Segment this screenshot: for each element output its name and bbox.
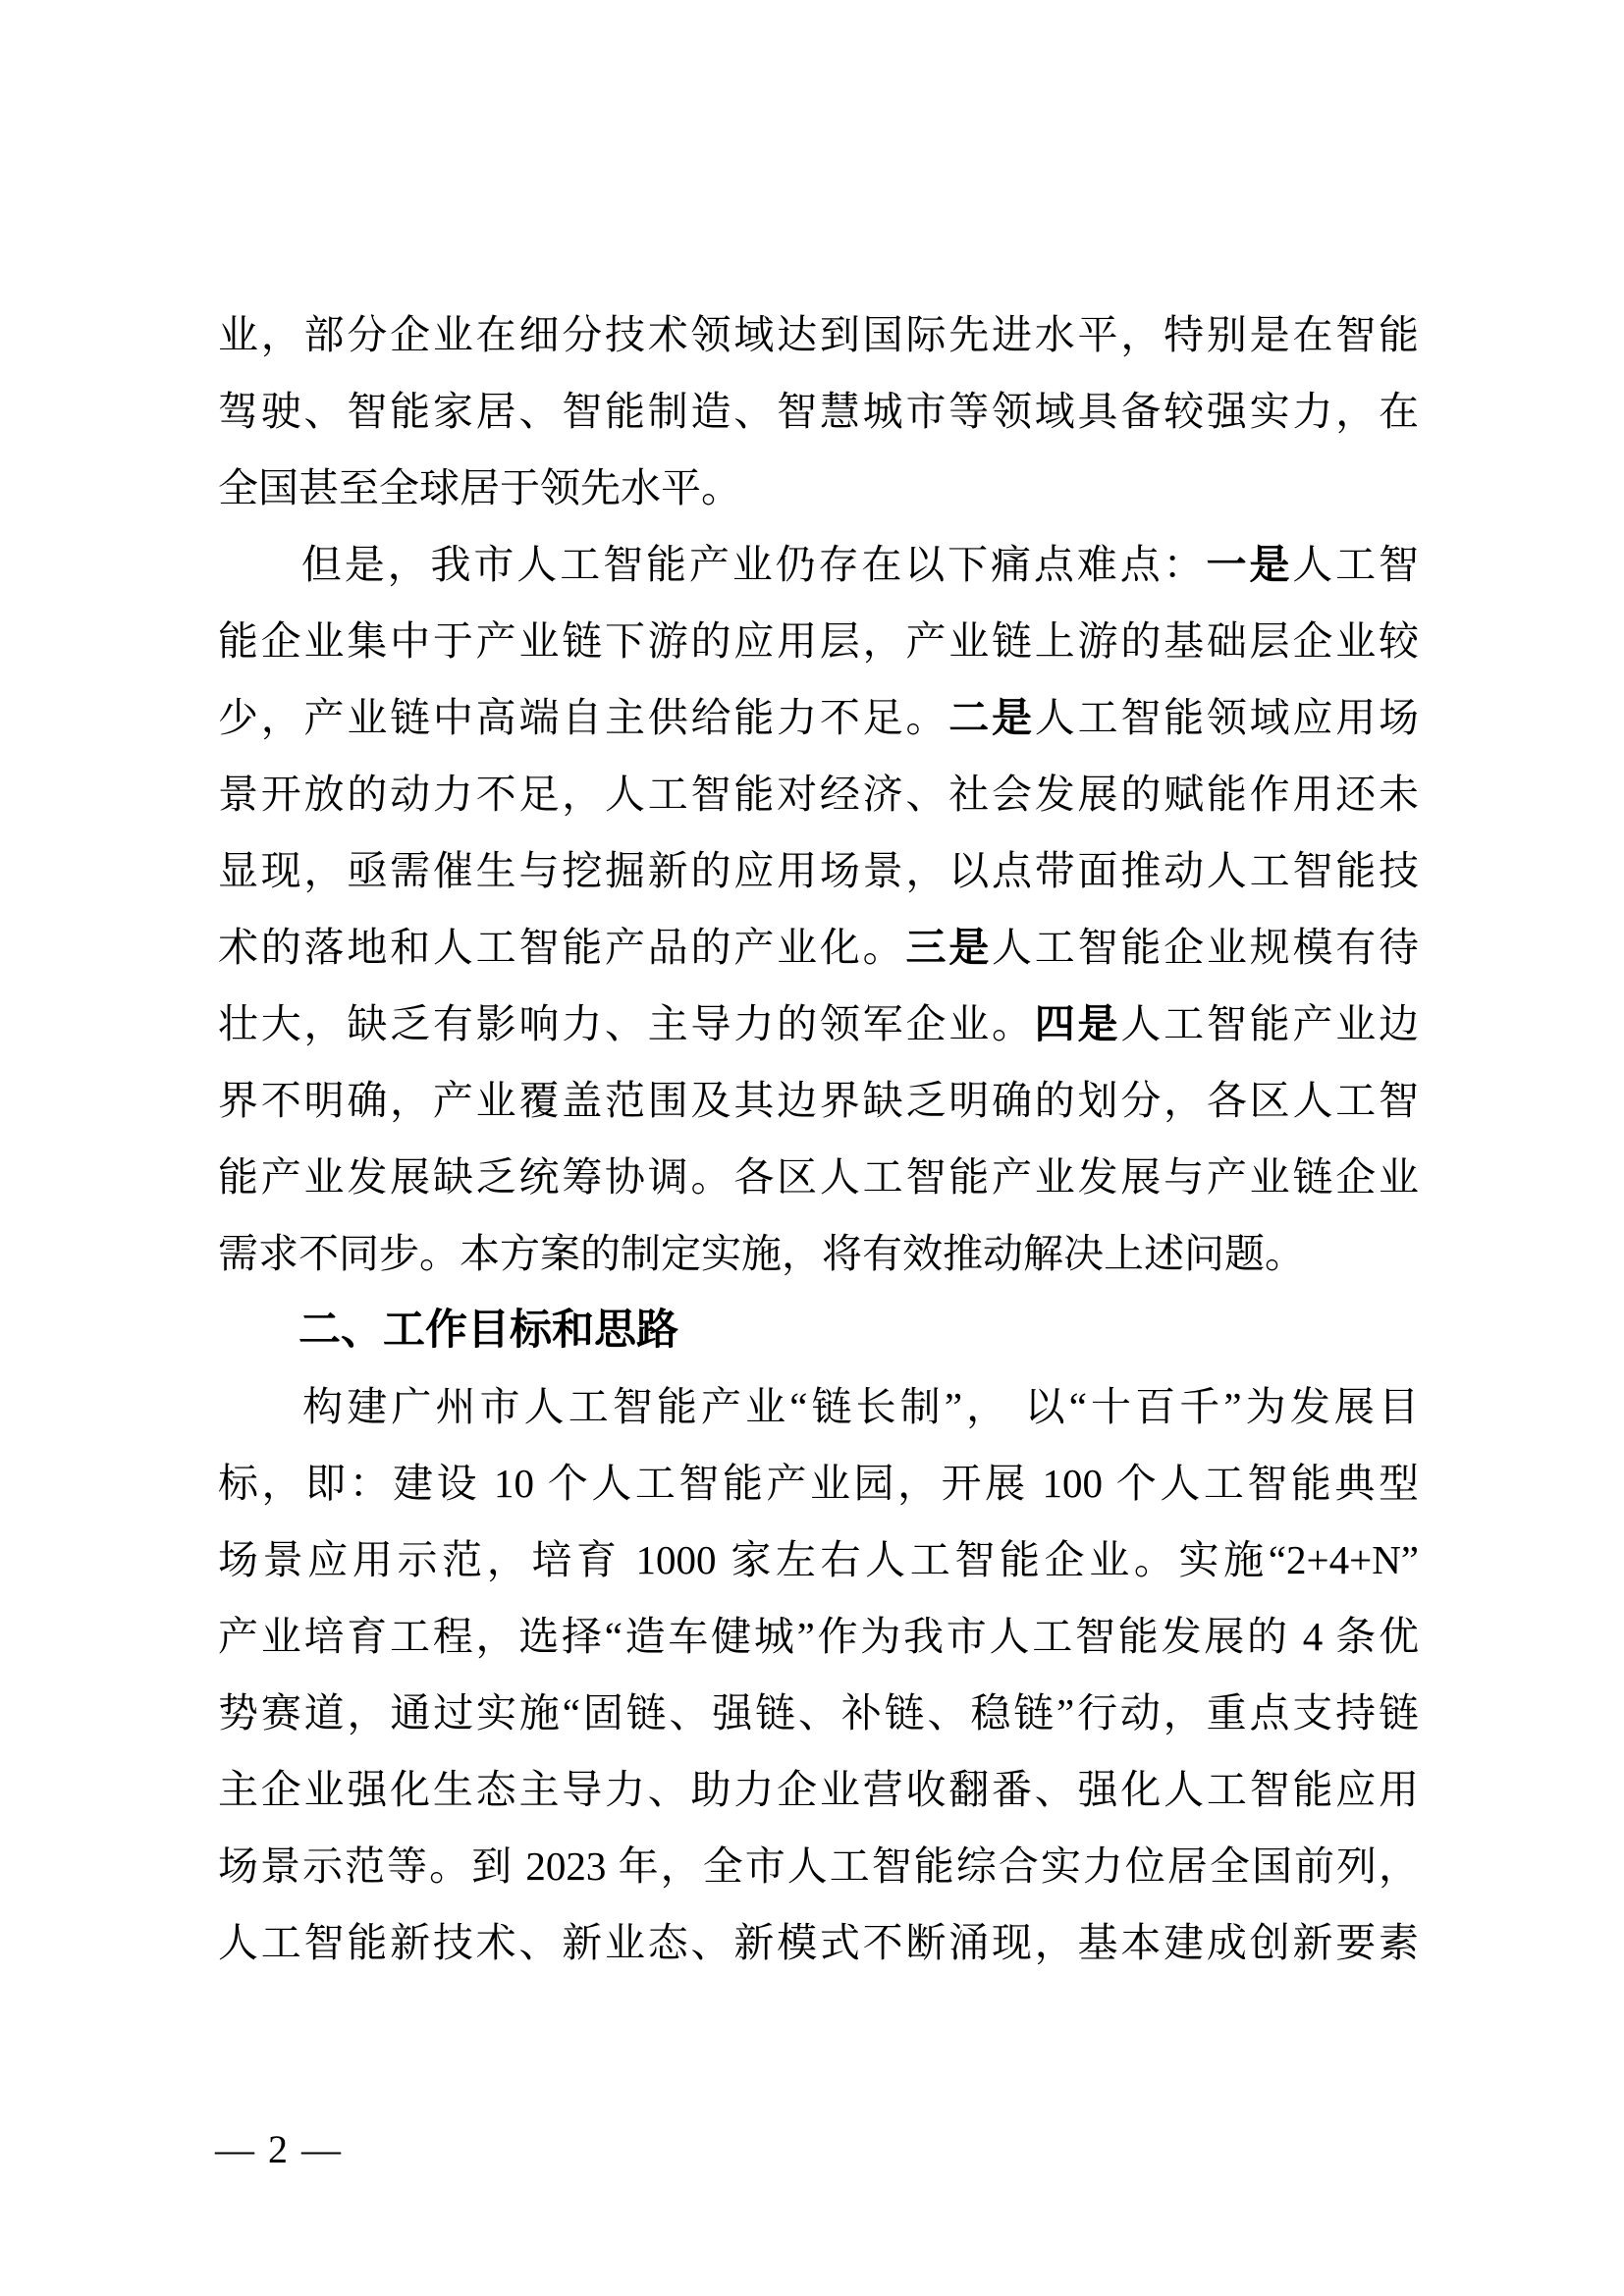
document-line: 构建广州市人工智能产业“链长制”， 以“十百千”为发展目 <box>218 1368 1419 1445</box>
emphasis-text: 二是 <box>948 695 1035 740</box>
document-line: 景开放的动力不足，人工智能对经济、社会发展的赋能作用还未 <box>218 756 1419 832</box>
body-text: 产业培育工程，选择“造车健城”作为我市人工智能发展的 4 条优 <box>218 1614 1419 1659</box>
document-line: 壮大，缺乏有影响力、主导力的领军企业。四是人工智能产业边 <box>218 986 1419 1062</box>
body-text: 景开放的动力不足，人工智能对经济、社会发展的赋能作用还未 <box>218 772 1419 817</box>
document-line: 全国甚至全球居于领先水平。 <box>218 450 1419 526</box>
document-line: 能企业集中于产业链下游的应用层，产业链上游的基础层企业较 <box>218 603 1419 679</box>
body-text: 二、工作目标和思路 <box>298 1307 678 1354</box>
body-text: 全国甚至全球居于领先水平。 <box>218 465 741 510</box>
body-text: 场景示范等。到 2023 年，全市人工智能综合实力位居全国前列， <box>218 1843 1419 1889</box>
document-line: 少，产业链中高端自主供给能力不足。二是人工智能领域应用场 <box>218 679 1419 756</box>
document-line: 主企业强化生态主导力、助力企业营收翻番、强化人工智能应用 <box>218 1751 1419 1828</box>
emphasis-text: 三是 <box>905 925 992 970</box>
section-heading-2: 二、工作目标和思路 <box>218 1292 1419 1368</box>
document-line: 能产业发展缺乏统筹协调。各区人工智能产业发展与产业链企业 <box>218 1139 1419 1215</box>
document-line: 势赛道，通过实施“固链、强链、补链、稳链”行动，重点支持链 <box>218 1675 1419 1751</box>
paragraph-indent <box>218 1419 298 1420</box>
body-text: 人工智能产业边 <box>1120 1001 1419 1046</box>
body-text: 业，部分企业在细分技术领域达到国际先进水平，特别是在智能 <box>218 312 1419 357</box>
body-text: 但是，我市人工智能产业仍存在以下痛点难点： <box>298 542 1206 587</box>
body-text: 场景应用示范，培育 1000 家左右人工智能企业。实施“2+4+N” <box>218 1537 1419 1582</box>
body-text: 壮大，缺乏有影响力、主导力的领军企业。 <box>218 1001 1035 1046</box>
body-text: 界不明确，产业覆盖范围及其边界缺乏明确的划分，各区人工智 <box>218 1078 1419 1123</box>
document-line: 场景示范等。到 2023 年，全市人工智能综合实力位居全国前列， <box>218 1828 1419 1904</box>
document-line: 需求不同步。本方案的制定实施，将有效推动解决上述问题。 <box>218 1215 1419 1292</box>
body-text: 人工智能新技术、新业态、新模式不断涌现，基本建成创新要素 <box>218 1920 1419 1965</box>
body-text: 能产业发展缺乏统筹协调。各区人工智能产业发展与产业链企业 <box>218 1154 1419 1200</box>
body-text: 术的落地和人工智能产品的产业化。 <box>218 925 905 970</box>
document-line: 但是，我市人工智能产业仍存在以下痛点难点：一是人工智 <box>218 526 1419 603</box>
document-line: 场景应用示范，培育 1000 家左右人工智能企业。实施“2+4+N” <box>218 1522 1419 1598</box>
body-text: 能企业集中于产业链下游的应用层，产业链上游的基础层企业较 <box>218 618 1419 664</box>
body-text: 势赛道，通过实施“固链、强链、补链、稳链”行动，重点支持链 <box>218 1690 1419 1735</box>
document-body: 业，部分企业在细分技术领域达到国际先进水平，特别是在智能驾驶、智能家居、智能制造… <box>218 296 1419 1981</box>
document-line: 术的落地和人工智能产品的产业化。三是人工智能企业规模有待 <box>218 909 1419 986</box>
document-line: 显现，亟需催生与挖掘新的应用场景，以点带面推动人工智能技 <box>218 832 1419 909</box>
paragraph-goals-and-approach: 构建广州市人工智能产业“链长制”， 以“十百千”为发展目标，即：建设 10 个人… <box>218 1368 1419 1981</box>
body-text: 少，产业链中高端自主供给能力不足。 <box>218 695 948 740</box>
page-number: — 2 — <box>215 2126 343 2173</box>
body-text: 驾驶、智能家居、智能制造、智慧城市等领域具备较强实力，在 <box>218 389 1419 434</box>
section-heading-line: 二、工作目标和思路 <box>218 1292 1419 1368</box>
body-text: 标，即：建设 10 个人工智能产业园，开展 100 个人工智能典型 <box>218 1461 1419 1506</box>
document-line: 产业培育工程，选择“造车健城”作为我市人工智能发展的 4 条优 <box>218 1598 1419 1675</box>
body-text: 显现，亟需催生与挖掘新的应用场景，以点带面推动人工智能技 <box>218 848 1419 893</box>
emphasis-text: 四是 <box>1035 1001 1121 1046</box>
document-line: 界不明确，产业覆盖范围及其边界缺乏明确的划分，各区人工智 <box>218 1062 1419 1139</box>
paragraph-indent <box>218 577 298 578</box>
document-line: 人工智能新技术、新业态、新模式不断涌现，基本建成创新要素 <box>218 1904 1419 1981</box>
body-text: 构建广州市人工智能产业“链长制”， 以“十百千”为发展目 <box>298 1384 1419 1429</box>
paragraph-pain-points: 但是，我市人工智能产业仍存在以下痛点难点：一是人工智能企业集中于产业链下游的应用… <box>218 526 1419 1292</box>
body-text: 人工智 <box>1292 542 1419 587</box>
paragraph-continuation-industry-strength: 业，部分企业在细分技术领域达到国际先进水平，特别是在智能驾驶、智能家居、智能制造… <box>218 296 1419 526</box>
body-text: 人工智能企业规模有待 <box>992 925 1419 970</box>
document-page: 业，部分企业在细分技术领域达到国际先进水平，特别是在智能驾驶、智能家居、智能制造… <box>0 0 1624 2296</box>
body-text: 需求不同步。本方案的制定实施，将有效推动解决上述问题。 <box>218 1231 1305 1276</box>
document-line: 业，部分企业在细分技术领域达到国际先进水平，特别是在智能 <box>218 296 1419 373</box>
emphasis-text: 一是 <box>1206 542 1292 587</box>
document-line: 标，即：建设 10 个人工智能产业园，开展 100 个人工智能典型 <box>218 1445 1419 1522</box>
paragraph-indent <box>218 1343 298 1344</box>
body-text: 人工智能领域应用场 <box>1035 695 1419 740</box>
document-line: 驾驶、智能家居、智能制造、智慧城市等领域具备较强实力，在 <box>218 373 1419 450</box>
body-text: 主企业强化生态主导力、助力企业营收翻番、强化人工智能应用 <box>218 1767 1419 1812</box>
